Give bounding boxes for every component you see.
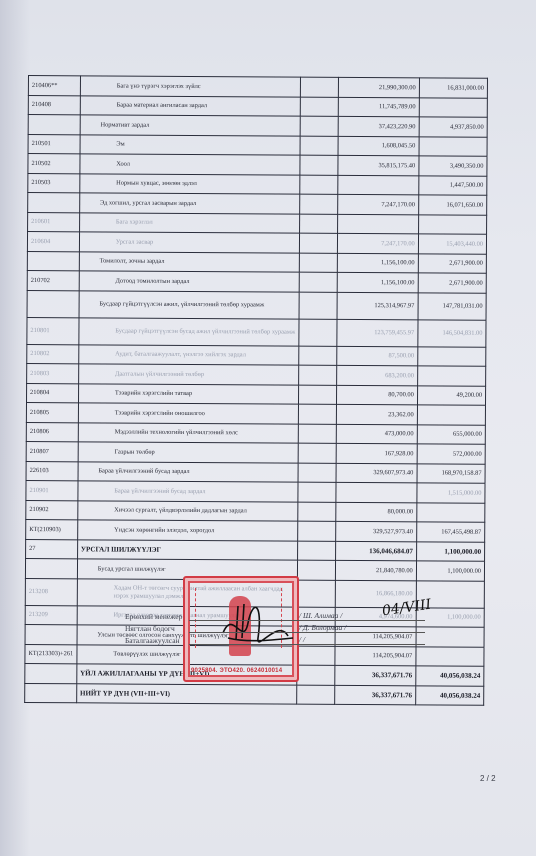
line-item-label-cell: Мэдээллийн технологийн үйлчилгээний хөлс xyxy=(78,422,299,443)
line-item-label-cell: Бараа материал ангиласан зардал xyxy=(80,95,301,116)
current-period-value-cell: 87,500.00 xyxy=(336,346,417,366)
account-code-cell: 213209 xyxy=(25,605,77,625)
note-cell xyxy=(298,521,335,541)
line-item-label-cell: Бараа үйлчилгээний бусад зардал xyxy=(78,481,299,502)
current-period-value-cell: 21,840,780.00 xyxy=(335,560,416,580)
account-code-cell: 210406** xyxy=(28,76,80,96)
line-item-label-cell: УРСГАЛ ШИЛЖҮҮЛЭГ xyxy=(77,539,298,560)
account-code-cell xyxy=(28,115,80,135)
account-code-cell: КТ(213303)+261 xyxy=(25,644,77,664)
current-period-value-cell: 1,608,045.50 xyxy=(338,136,419,156)
account-code-cell xyxy=(25,624,77,644)
line-item-label-cell: Бага хэрэглэл xyxy=(79,212,300,233)
prior-period-value-cell: 1,100,000.00 xyxy=(416,541,484,561)
current-period-value-cell: 7,247,170.00 xyxy=(337,194,418,214)
note-cell xyxy=(298,541,335,561)
account-code-cell: 210802 xyxy=(27,344,79,364)
account-code-cell: 226103 xyxy=(26,461,78,481)
prior-period-value-cell: 168,970,158.87 xyxy=(417,463,485,483)
prior-period-value-cell: 40,056,038.24 xyxy=(415,685,483,705)
prior-period-value-cell: 15,403,440.00 xyxy=(418,234,486,254)
prior-period-value-cell: 1,100,000.00 xyxy=(416,561,484,581)
account-code-cell: 210408 xyxy=(28,95,80,115)
prior-period-value-cell xyxy=(417,502,485,522)
current-period-value-cell: 1,156,100.00 xyxy=(337,272,418,292)
prior-period-value-cell: 655,000.00 xyxy=(417,424,485,444)
current-period-value-cell: 80,000.00 xyxy=(335,502,416,522)
role-label: Ерөнхий менежер xyxy=(125,612,185,621)
prior-period-value-cell xyxy=(419,136,487,156)
prior-period-value-cell xyxy=(416,646,484,666)
line-item-label-cell: НИЙТ ҮР ДҮН (VII+III+VI) xyxy=(76,683,297,704)
account-code-cell: 210902 xyxy=(26,500,78,520)
page-number: 2 / 2 xyxy=(480,774,496,783)
note-cell xyxy=(301,77,338,97)
prior-period-value-cell: 146,504,831.00 xyxy=(418,319,486,346)
current-period-value-cell: 35,815,175.40 xyxy=(337,155,418,175)
account-code-cell: КТ(210903) xyxy=(26,519,78,539)
account-code-cell xyxy=(28,193,80,213)
current-period-value-cell: 7,247,170.00 xyxy=(337,233,418,253)
current-period-value-cell: 36,337,671.76 xyxy=(334,665,415,685)
table-row: НИЙТ ҮР ДҮН (VII+III+VI)36,337,671.7640,… xyxy=(25,683,484,705)
account-code-cell: 210804 xyxy=(26,383,78,403)
current-period-value-cell: 36,337,671.76 xyxy=(334,685,415,705)
account-code-cell: 210501 xyxy=(28,134,80,154)
prior-period-value-cell: 2,671,900.00 xyxy=(418,273,486,293)
line-item-label-cell: Аудит, баталгаажуулалт, үнэлгээ хийлгэх … xyxy=(79,344,300,365)
line-item-label-cell: Тээврийн хэрэгслийн оношилгоо xyxy=(78,403,299,424)
prior-period-value-cell: 49,200.00 xyxy=(417,385,485,405)
table-row: Бусдаар гүйцэтгүүлсэн ажил, үйлчилгээний… xyxy=(27,290,486,320)
note-cell xyxy=(299,292,336,319)
current-period-value-cell: 80,700.00 xyxy=(336,385,417,405)
note-cell xyxy=(300,175,337,195)
signer-name: / Д. Болормаа / xyxy=(299,623,346,632)
account-code-cell: 210503 xyxy=(28,173,80,193)
signoff-block: Ерөнхий менежер / Ш. Алимаа / Нягтлан бо… xyxy=(125,610,425,646)
current-period-value-cell xyxy=(337,214,418,234)
note-cell xyxy=(299,424,336,444)
prior-period-value-cell: 167,455,498.87 xyxy=(416,522,484,542)
note-cell xyxy=(300,233,337,253)
note-cell xyxy=(300,272,337,292)
current-period-value-cell: 329,607,973.40 xyxy=(336,463,417,483)
current-period-value-cell: 123,759,455.97 xyxy=(336,319,417,346)
line-item-label-cell: Эм xyxy=(80,134,301,155)
line-item-label-cell: Даатгалын үйлчилгээний төлбөр xyxy=(78,364,299,385)
account-code-cell: 210803 xyxy=(27,363,79,383)
note-cell xyxy=(300,116,337,136)
current-period-value-cell: 473,000.00 xyxy=(336,424,417,444)
current-period-value-cell xyxy=(335,482,416,502)
signature-line: / Д. Болормаа / xyxy=(189,624,425,633)
current-period-value-cell: 1,156,100.00 xyxy=(337,253,418,273)
note-cell xyxy=(300,214,337,234)
current-period-value-cell: 114,205,904.07 xyxy=(334,646,415,666)
current-period-value-cell: 329,527,973.40 xyxy=(335,521,416,541)
note-cell xyxy=(298,482,335,502)
account-code-cell xyxy=(25,663,77,683)
note-cell xyxy=(298,580,335,607)
table-row: 210801Бусдаар гүйцэтгүүлсэн бусад ажил ү… xyxy=(27,317,486,347)
prior-period-value-cell: 16,831,000.00 xyxy=(419,78,487,98)
note-cell xyxy=(298,560,335,580)
note-cell xyxy=(300,194,337,214)
prior-period-value-cell: 40,056,038.24 xyxy=(416,666,484,686)
line-item-label-cell: Урсгал засвар xyxy=(79,232,300,253)
line-item-label-cell: Тээврийн хэрэгслийн татвар xyxy=(78,383,299,404)
current-period-value-cell: 167,928.00 xyxy=(336,443,417,463)
current-period-value-cell: 125,314,967.97 xyxy=(337,292,418,319)
note-cell xyxy=(297,665,334,685)
note-cell xyxy=(300,136,337,156)
line-item-label-cell: Бусдаар гүйцэтгүүлсэн ажил, үйлчилгээний… xyxy=(79,290,300,318)
note-cell xyxy=(298,443,335,463)
prior-period-value-cell xyxy=(416,627,484,647)
note-cell xyxy=(298,502,335,522)
signature-line: / / xyxy=(189,636,425,645)
account-code-cell: 210805 xyxy=(26,402,78,422)
signer-name: / Ш. Алимаа / xyxy=(299,611,342,620)
prior-period-value-cell: 2,671,900.00 xyxy=(418,253,486,273)
account-code-cell: 210901 xyxy=(26,480,78,500)
prior-period-value-cell xyxy=(417,346,485,366)
line-item-label-cell: Бараа үйлчилгээний бусад зардал xyxy=(78,461,299,482)
current-period-value-cell: 37,423,220.90 xyxy=(338,116,419,136)
note-cell xyxy=(299,346,336,366)
account-code-cell xyxy=(27,290,79,317)
signoff-row-accountant: Нягтлан бодогч / Д. Болормаа / xyxy=(125,622,425,634)
signoff-row-general-manager: Ерөнхий менежер / Ш. Алимаа / xyxy=(125,610,425,622)
prior-period-value-cell: 1,515,000.00 xyxy=(417,483,485,503)
note-cell xyxy=(297,646,334,666)
note-cell xyxy=(300,253,337,273)
account-code-cell: 210807 xyxy=(26,441,78,461)
prior-period-value-cell: 3,490,350.00 xyxy=(419,156,487,176)
prior-period-value-cell: 147,781,031.00 xyxy=(418,292,486,319)
signer-name: / / xyxy=(299,635,305,644)
account-code-cell: 210801 xyxy=(27,317,79,344)
account-code-cell xyxy=(25,558,77,578)
account-code-cell: 27 xyxy=(26,539,78,559)
account-code-cell: 213208 xyxy=(25,578,77,605)
line-item-label-cell: Томилолт, зочны зардал xyxy=(79,251,300,272)
account-code-cell xyxy=(25,683,77,703)
account-code-cell: 210806 xyxy=(26,422,78,442)
prior-period-value-cell xyxy=(417,405,485,425)
line-item-label-cell: Бусдаар гүйцэтгүүлсэн бусад ажил үйлчилг… xyxy=(79,317,300,345)
line-item-label-cell: Бага үнэ түрэгч хэрэглэх зүйлс xyxy=(80,76,301,97)
account-code-cell: 210601 xyxy=(28,212,80,232)
line-item-label-cell: Хичээл сургалт, үйлдвэрлэлийн дадлагын з… xyxy=(78,500,299,521)
line-item-label-cell: Газрын төлбөр xyxy=(78,442,299,463)
prior-period-value-cell: 16,071,650.00 xyxy=(418,195,486,215)
note-cell xyxy=(301,97,338,117)
current-period-value-cell: 136,046,684.07 xyxy=(335,541,416,561)
line-item-label-cell: Хоол xyxy=(80,154,301,175)
note-cell xyxy=(299,404,336,424)
note-cell xyxy=(300,155,337,175)
line-item-label-cell: Үндсэн хөрөнгийн элэгдэл, хорогдол xyxy=(77,520,298,541)
current-period-value-cell: 21,990,300.00 xyxy=(338,77,419,97)
note-cell xyxy=(299,365,336,385)
role-label: Нягтлан бодогч xyxy=(125,624,185,633)
scanned-document-page: 210406**Бага үнэ түрэгч хэрэглэх зүйлс21… xyxy=(0,0,536,856)
current-period-value-cell xyxy=(337,175,418,195)
account-code-cell: 210604 xyxy=(27,232,79,252)
line-item-label-cell: Нормативт зардал xyxy=(80,115,301,136)
role-label: Баталгаажуулсан xyxy=(125,636,185,645)
account-code-cell xyxy=(27,251,79,271)
note-cell xyxy=(299,385,336,405)
prior-period-value-cell: 572,000.00 xyxy=(417,444,485,464)
line-item-label-cell: Нормын хувцас, зөөлөн эдлэл xyxy=(80,173,301,194)
prior-period-value-cell xyxy=(418,214,486,234)
prior-period-value-cell xyxy=(417,366,485,386)
note-cell xyxy=(297,685,334,705)
line-item-label-cell: Дотоод томилолтын зардал xyxy=(79,271,300,292)
note-cell xyxy=(299,319,336,346)
prior-period-value-cell: 1,447,500.00 xyxy=(419,175,487,195)
seal-registration-text: 9025804. ЭТО420. 0624010014 xyxy=(191,668,282,674)
current-period-value-cell: 683,200.00 xyxy=(336,365,417,385)
signoff-row-verifier: Баталгаажуулсан / / xyxy=(125,634,425,646)
current-period-value-cell: 23,362.00 xyxy=(336,404,417,424)
account-code-cell: 210702 xyxy=(27,270,79,290)
prior-period-value-cell: 4,937,850.00 xyxy=(419,117,487,137)
line-item-label-cell: Эд хогшил, урсгал засварын зардал xyxy=(79,193,300,214)
account-code-cell: 210502 xyxy=(28,154,80,174)
current-period-value-cell: 11,745,789.00 xyxy=(338,97,419,117)
note-cell xyxy=(298,463,335,483)
prior-period-value-cell xyxy=(419,97,487,117)
